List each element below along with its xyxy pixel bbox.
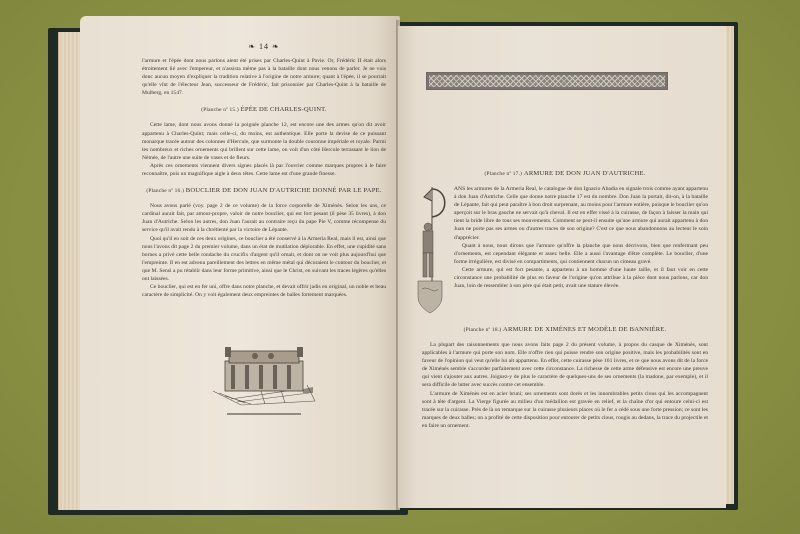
interlace-pattern (429, 75, 665, 87)
paragraph: Nous avons parlé (voy. page 2 de ce volu… (142, 202, 386, 234)
casket-illustration-icon (211, 341, 317, 407)
right-page: (Planche nº 17.) ARMURE DE DON JUAN D'AU… (398, 26, 726, 508)
plate-title: ARMURE DE DON JUAN D'AUTRICHE. (524, 170, 646, 177)
knight-dropcap-icon (414, 185, 450, 317)
plate-label: (Planche nº 17.) (484, 171, 522, 177)
section-heading-plate-18: (Planche nº 18.) ARMURE DE XIMÉNES ET MO… (422, 326, 708, 333)
paragraph: Quoi qu'il en soit de ces deux origines,… (142, 235, 386, 284)
paragraph: Quant à nous, nous dirons que l'armure q… (422, 242, 708, 266)
section-heading-plate-17: (Planche nº 17.) ARMURE DE DON JUAN D'AU… (422, 170, 708, 177)
casket-engraving (211, 341, 317, 407)
plate-label: (Planche nº 18.) (464, 327, 502, 333)
paragraph: ANS les armures de la Armeria Real, le c… (422, 185, 708, 242)
intro-paragraph: l'armure et l'épée dont nous parlons aie… (142, 57, 386, 97)
left-page: ❧ 14 ❧ l'armure et l'épée dont nous parl… (80, 16, 400, 510)
figure-caption (227, 413, 301, 415)
plate-label: (Planche nº 16.) (146, 188, 184, 194)
plate-label: (Planche nº 15.) (201, 107, 239, 113)
ornamental-border (426, 72, 668, 90)
paragraph: Ce bouclier, qui est en fer uni, offre d… (142, 283, 386, 299)
paragraph: Cette armure, qui est fort pesante, a ap… (422, 266, 708, 290)
paragraph: Après ces ornements viennent divers sign… (142, 162, 386, 178)
section-heading-plate-16: (Planche nº 16.) BOUCLIER DE DON JUAN D'… (142, 187, 386, 194)
plate-title: ARMURE DE XIMÉNES ET MODÈLE DE BANNIÈRE. (503, 326, 666, 333)
paragraph: L'armure de Ximénès est en acier bruni; … (422, 390, 708, 430)
section-heading-plate-15: (Planche nº 15.) ÉPÉE DE CHARLES-QUINT. (142, 106, 386, 113)
paragraph: La plupart des raisonnements que nous av… (422, 341, 708, 390)
dropcap-block: ANS les armures de la Armeria Real, le c… (422, 185, 708, 317)
paragraph: Cette lame, dont nous avons donné la poi… (142, 121, 386, 161)
plate-title: ÉPÉE DE CHARLES-QUINT. (241, 106, 327, 113)
plate-title: BOUCLIER DE DON JUAN D'AUTRICHE DONNÉ PA… (186, 187, 382, 194)
page-number: ❧ 14 ❧ (142, 42, 386, 51)
